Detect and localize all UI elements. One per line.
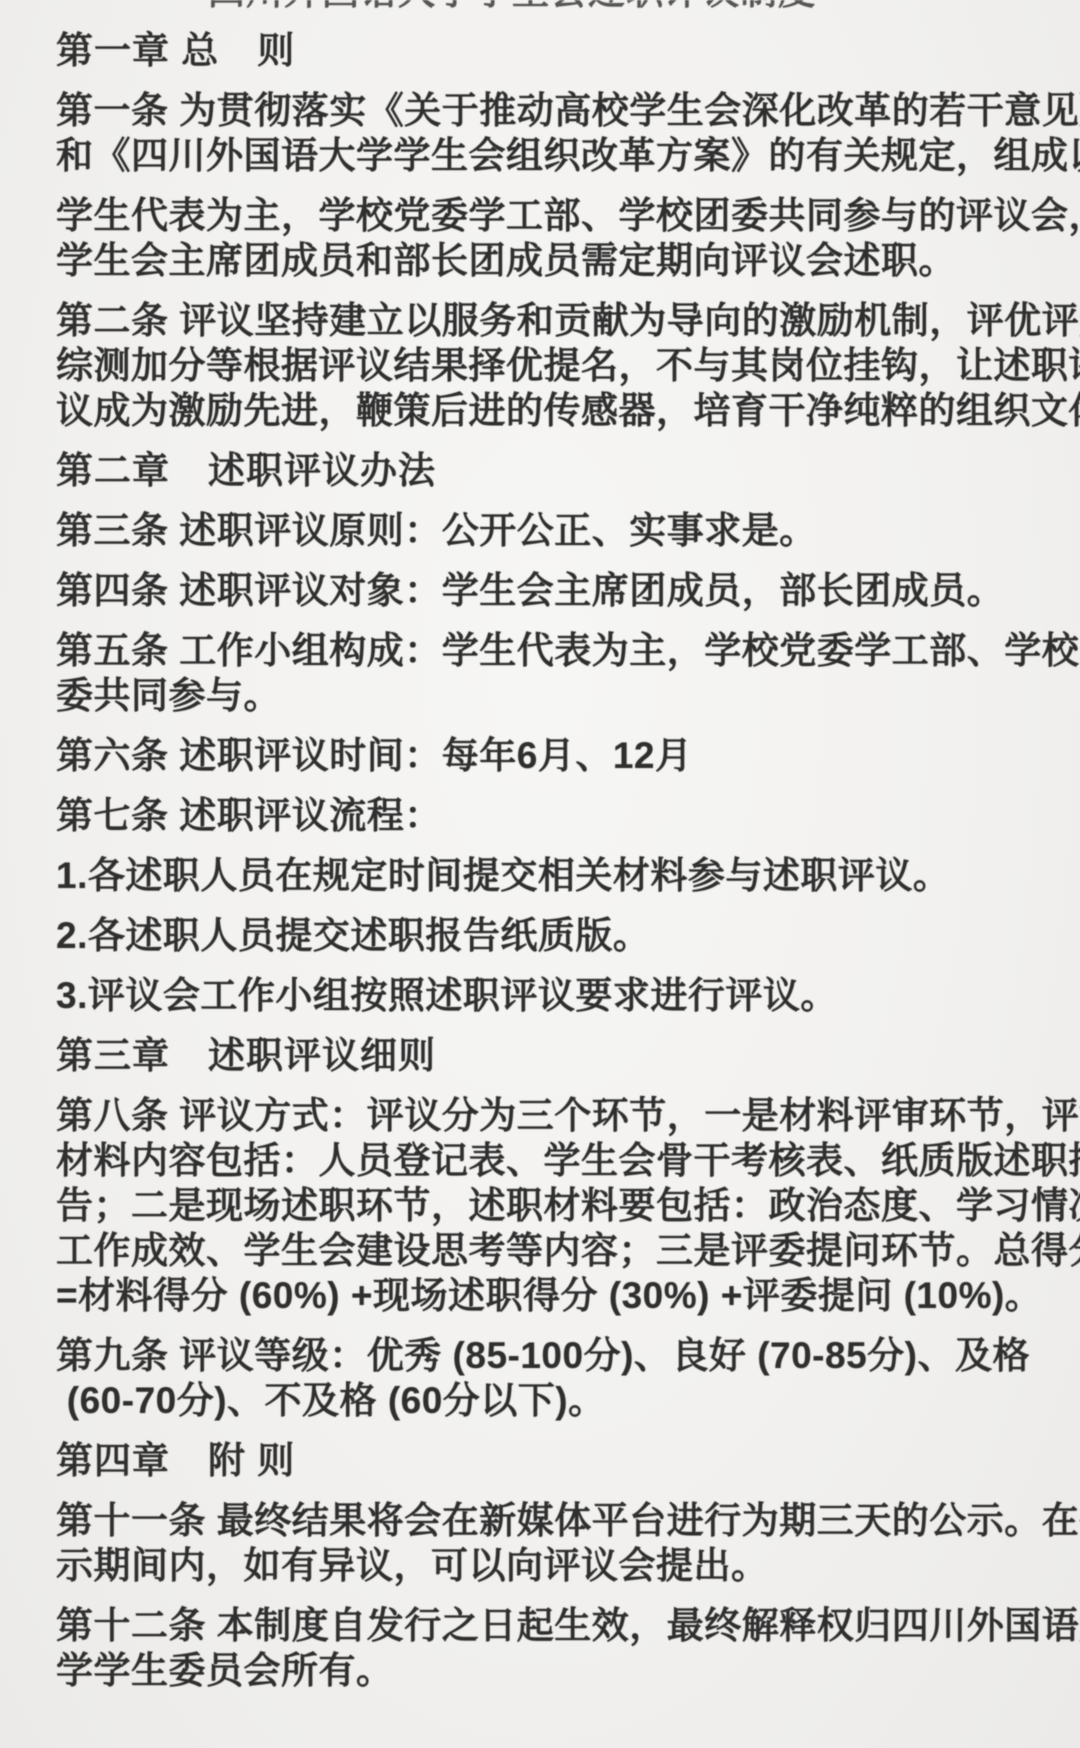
paragraph: 第八条 评议方式：评议分为三个环节，一是材料评审环节，评议材料内容包括：人员登记… xyxy=(56,1093,1062,1318)
text-line: 工作成效、学生会建设思考等内容；三是评委提问环节。总得分 xyxy=(56,1228,1062,1273)
text-line: 议成为激励先进，鞭策后进的传感器，培育干净纯粹的组织文化。 xyxy=(56,388,1062,433)
text-line: 3.评议会工作小组按照述职评议要求进行评议。 xyxy=(56,973,1062,1018)
text-line: 材料内容包括：人员登记表、学生会骨干考核表、纸质版述职报 xyxy=(56,1138,1062,1183)
text-line: 第一条 为贯彻落实《关于推动高校学生会深化改革的若干意见》 xyxy=(56,88,1062,133)
paragraph: 第六条 述职评议时间：每年6月、12月 xyxy=(56,733,1062,778)
paragraph: 第九条 评议等级：优秀 (85-100分)、良好 (70-85分)、及格 (60… xyxy=(56,1333,1062,1423)
chapter-heading: 第三章 述职评议细则 xyxy=(56,1033,1062,1078)
text-line: 第九条 评议等级：优秀 (85-100分)、良好 (70-85分)、及格 xyxy=(56,1333,1062,1378)
text-line: 第八条 评议方式：评议分为三个环节，一是材料评审环节，评议 xyxy=(56,1093,1062,1138)
text-line: 第三条 述职评议原则：公开公正、实事求是。 xyxy=(56,508,1062,553)
document-blocks: 第一章 总 则第一条 为贯彻落实《关于推动高校学生会深化改革的若干意见》和《四川… xyxy=(56,28,1062,1693)
text-line: 第六条 述职评议时间：每年6月、12月 xyxy=(56,733,1062,778)
paragraph: 第一条 为贯彻落实《关于推动高校学生会深化改革的若干意见》和《四川外国语大学学生… xyxy=(56,88,1062,178)
text-line: 第四条 述职评议对象：学生会主席团成员，部长团成员。 xyxy=(56,568,1062,613)
text-line: 告；二是现场述职环节，述职材料要包括：政治态度、学习情况、 xyxy=(56,1183,1062,1228)
text-line: 第五条 工作小组构成：学生代表为主，学校党委学工部、学校团 xyxy=(56,628,1062,673)
text-line: 第一章 总 则 xyxy=(56,28,1062,73)
text-line: 学生会主席团成员和部长团成员需定期向评议会述职。 xyxy=(56,238,1062,283)
paragraph: 第三条 述职评议原则：公开公正、实事求是。 xyxy=(56,508,1062,553)
paragraph: 学生代表为主，学校党委学工部、学校团委共同参与的评议会，学生会主席团成员和部长团… xyxy=(56,193,1062,283)
chapter-heading: 第二章 述职评议办法 xyxy=(56,448,1062,493)
text-line: 第七条 述职评议流程： xyxy=(56,793,1062,838)
text-line: 第二条 评议坚持建立以服务和贡献为导向的激励机制，评优评奖、 xyxy=(56,298,1062,343)
list-item: 2.各述职人员提交述职报告纸质版。 xyxy=(56,913,1062,958)
clipped-top-line: 四川外国语大学学生会述职评议制度 xyxy=(56,0,1062,15)
text-line: 学学生委员会所有。 xyxy=(56,1648,1062,1693)
paragraph: 第五条 工作小组构成：学生代表为主，学校党委学工部、学校团委共同参与。 xyxy=(56,628,1062,718)
paragraph: 第四条 述职评议对象：学生会主席团成员，部长团成员。 xyxy=(56,568,1062,613)
text-line: 示期间内，如有异议，可以向评议会提出。 xyxy=(56,1543,1062,1588)
text-line: 2.各述职人员提交述职报告纸质版。 xyxy=(56,913,1062,958)
list-item: 3.评议会工作小组按照述职评议要求进行评议。 xyxy=(56,973,1062,1018)
text-line: 和《四川外国语大学学生会组织改革方案》的有关规定，组成以 xyxy=(56,133,1062,178)
text-line: 第二章 述职评议办法 xyxy=(56,448,1062,493)
paragraph: 第十一条 最终结果将会在新媒体平台进行为期三天的公示。在公示期间内，如有异议，可… xyxy=(56,1498,1062,1588)
paragraph: 第七条 述职评议流程： xyxy=(56,793,1062,838)
paragraph: 第二条 评议坚持建立以服务和贡献为导向的激励机制，评优评奖、综测加分等根据评议结… xyxy=(56,298,1062,433)
document-body: 四川外国语大学学生会述职评议制度 第一章 总 则第一条 为贯彻落实《关于推动高校… xyxy=(0,0,1080,1708)
clipped-top-line-text: 四川外国语大学学生会述职评议制度 xyxy=(56,0,1062,10)
text-line: 综测加分等根据评议结果择优提名，不与其岗位挂钩，让述职评 xyxy=(56,343,1062,388)
list-item: 1.各述职人员在规定时间提交相关材料参与述职评议。 xyxy=(56,853,1062,898)
paragraph: 第十二条 本制度自发行之日起生效，最终解释权归四川外国语大学学生委员会所有。 xyxy=(56,1603,1062,1693)
text-line: 1.各述职人员在规定时间提交相关材料参与述职评议。 xyxy=(56,853,1062,898)
text-line: (60-70分)、不及格 (60分以下)。 xyxy=(56,1378,1062,1423)
text-line: 学生代表为主，学校党委学工部、学校团委共同参与的评议会， xyxy=(56,193,1062,238)
text-line: 第十一条 最终结果将会在新媒体平台进行为期三天的公示。在公 xyxy=(56,1498,1062,1543)
chapter-heading: 第四章 附 则 xyxy=(56,1438,1062,1483)
document-page: 四川外国语大学学生会述职评议制度 第一章 总 则第一条 为贯彻落实《关于推动高校… xyxy=(0,0,1080,1748)
text-line: 第三章 述职评议细则 xyxy=(56,1033,1062,1078)
chapter-heading: 第一章 总 则 xyxy=(56,28,1062,73)
text-line: =材料得分 (60%) +现场述职得分 (30%) +评委提问 (10%)。 xyxy=(56,1273,1062,1318)
text-line: 第四章 附 则 xyxy=(56,1438,1062,1483)
text-line: 委共同参与。 xyxy=(56,673,1062,718)
text-line: 第十二条 本制度自发行之日起生效，最终解释权归四川外国语大 xyxy=(56,1603,1062,1648)
